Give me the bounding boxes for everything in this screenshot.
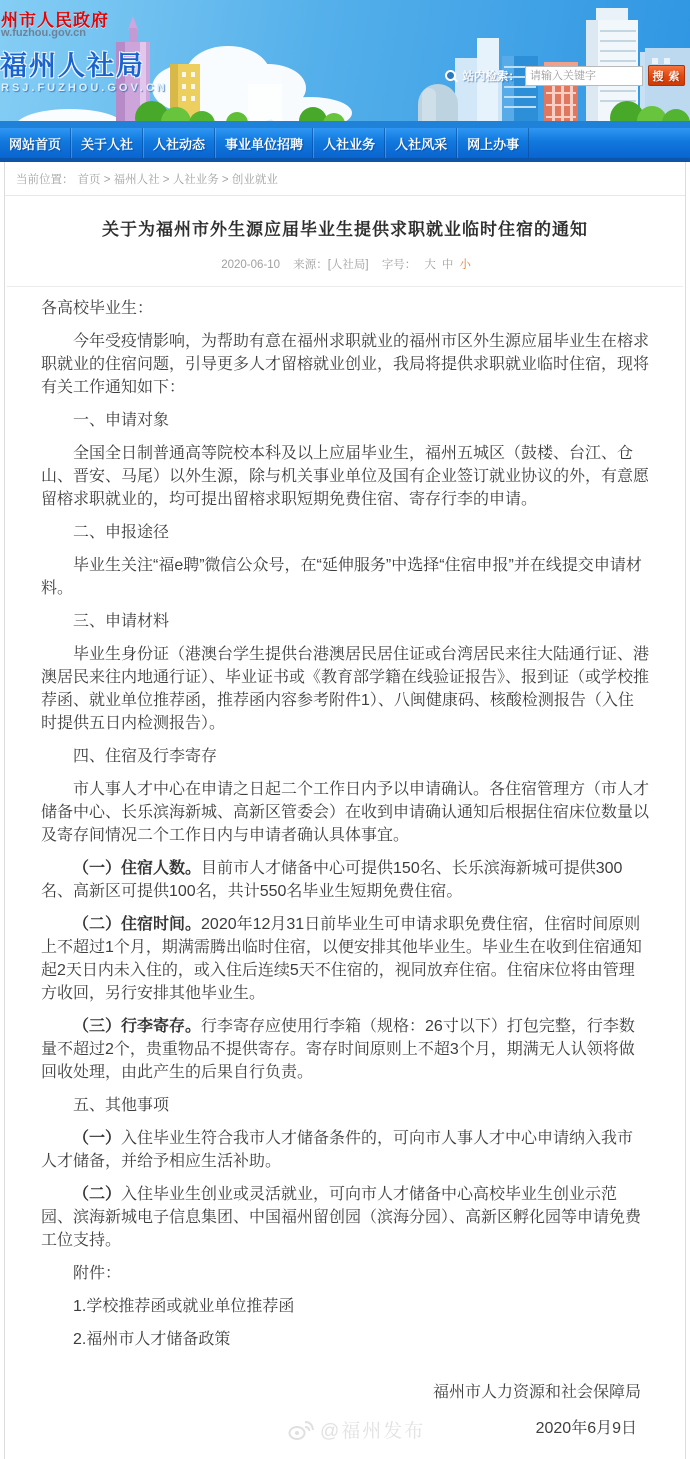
article-meta: 2020-06-10 来源：[人社局] 字号：大中小 xyxy=(5,256,685,272)
nav-item-6[interactable]: 人社风采 xyxy=(385,128,457,158)
article-body: 各高校毕业生：今年受疫情影响，为帮助有意在福州求职就业的福州市区外生源应届毕业生… xyxy=(5,297,685,1351)
site-logo-title: 福州人社局 xyxy=(0,44,145,83)
content-container: 当前位置： 首页 > 福州人社 > 人社业务 > 创业就业 关于为福州市外生源应… xyxy=(4,162,686,1459)
search-button[interactable]: 搜 索 xyxy=(648,65,685,86)
article-paragraph: 各高校毕业生： xyxy=(41,297,649,320)
search-label: 站内检索： xyxy=(463,68,521,84)
section-heading: 二、申报途径 xyxy=(41,521,649,544)
gov-site-url: w.fuzhou.gov.cn xyxy=(1,27,86,39)
article-paragraph: 1.学校推荐函或就业单位推荐函 xyxy=(41,1295,649,1318)
signature-org: 福州市人力资源和社会保障局 xyxy=(5,1379,685,1402)
article-paragraph: 全国全日制普通高等院校本科及以上应届毕业生，福州五城区（鼓楼、台江、仓山、晋安、… xyxy=(41,442,649,511)
article-paragraph: 2.福州市人才储备政策 xyxy=(41,1328,649,1351)
nav-item-1[interactable]: 网站首页 xyxy=(0,128,71,158)
publish-date: 2020-06-10 xyxy=(221,259,280,271)
fontsize-small-button[interactable]: 小 xyxy=(459,259,471,271)
paragraph-lead: （三）行李寄存。 xyxy=(73,1018,201,1035)
article-paragraph: 今年受疫情影响，为帮助有意在福州求职就业的福州市区外生源应届毕业生在榕求职就业的… xyxy=(41,330,649,399)
nav-item-7[interactable]: 网上办事 xyxy=(457,128,529,158)
breadcrumb-label: 当前位置： xyxy=(16,171,74,187)
article-paragraph: （二）入住毕业生创业或灵活就业，可向市人才储备中心高校毕业生创业示范园、滨海新城… xyxy=(41,1183,649,1252)
breadcrumb: 当前位置： 首页 > 福州人社 > 人社业务 > 创业就业 xyxy=(5,162,685,196)
section-heading: 五、其他事项 xyxy=(41,1094,649,1117)
section-heading: 三、申请材料 xyxy=(41,610,649,633)
fontsize-label: 字号： xyxy=(382,259,417,271)
breadcrumb-path[interactable]: 首页 > 福州人社 > 人社业务 > 创业就业 xyxy=(78,171,278,187)
article-paragraph: （二）住宿时间。2020年12月31日前毕业生可申请求职免费住宿，住宿时间原则上… xyxy=(41,913,649,1005)
fontsize-medium-button[interactable]: 中 xyxy=(442,259,454,271)
nav-item-2[interactable]: 关于人社 xyxy=(71,128,143,158)
article-paragraph: 附件： xyxy=(41,1262,649,1285)
paragraph-lead: （二）住宿时间。 xyxy=(73,916,201,933)
article-paragraph: 市人事人才中心在申请之日起二个工作日内予以申请确认。各住宿管理方（市人才储备中心… xyxy=(41,778,649,847)
article-paragraph: 毕业生身份证（港澳台学生提供台港澳居民居住证或台湾居民来往大陆通行证、港澳居民来… xyxy=(41,643,649,735)
nav-item-4[interactable]: 事业单位招聘 xyxy=(215,128,313,158)
paragraph-lead: （一）住宿人数。 xyxy=(73,860,201,877)
search-icon xyxy=(444,69,458,83)
article-paragraph: （一）住宿人数。目前市人才储备中心可提供150名、长乐滨海新城可提供300名、高… xyxy=(41,857,649,903)
site-banner: 州市人民政府 w.fuzhou.gov.cn 福州人社局 RSJ.FUZHOU.… xyxy=(0,0,690,128)
section-heading: 四、住宿及行李寄存 xyxy=(41,745,649,768)
article-source: 来源：[人社局] xyxy=(293,259,368,271)
watermark: @福州发布 xyxy=(288,1416,425,1443)
main-nav: 网站首页关于人社人社动态事业单位招聘人社业务人社风采网上办事 xyxy=(0,128,690,158)
site-search: 站内检索： 搜 索 xyxy=(444,65,686,86)
article-title: 关于为福州市外生源应届毕业生提供求职就业临时住宿的通知 xyxy=(60,218,630,242)
watermark-text: @福州发布 xyxy=(320,1416,425,1443)
fontsize-large-button[interactable]: 大 xyxy=(424,259,436,271)
paragraph-lead: （一） xyxy=(73,1130,121,1147)
weibo-icon xyxy=(288,1418,314,1442)
nav-item-3[interactable]: 人社动态 xyxy=(143,128,215,158)
article-paragraph: 毕业生关注“福e聘”微信公众号，在“延伸服务”中选择“住宿申报”并在线提交申请材… xyxy=(41,554,649,600)
site-logo-url: RSJ.FUZHOU.GOV.CN xyxy=(1,82,168,94)
meta-divider xyxy=(7,286,683,287)
article-paragraph: （一）入住毕业生符合我市人才储备条件的，可向市人事人才中心申请纳入我市人才储备，… xyxy=(41,1127,649,1173)
article-paragraph: （三）行李寄存。行李寄存应使用行李箱（规格：26寸以下）打包完整，行李数量不超过… xyxy=(41,1015,649,1084)
nav-item-5[interactable]: 人社业务 xyxy=(313,128,385,158)
search-input[interactable] xyxy=(525,66,643,86)
paragraph-lead: （二） xyxy=(73,1186,121,1203)
section-heading: 一、申请对象 xyxy=(41,409,649,432)
